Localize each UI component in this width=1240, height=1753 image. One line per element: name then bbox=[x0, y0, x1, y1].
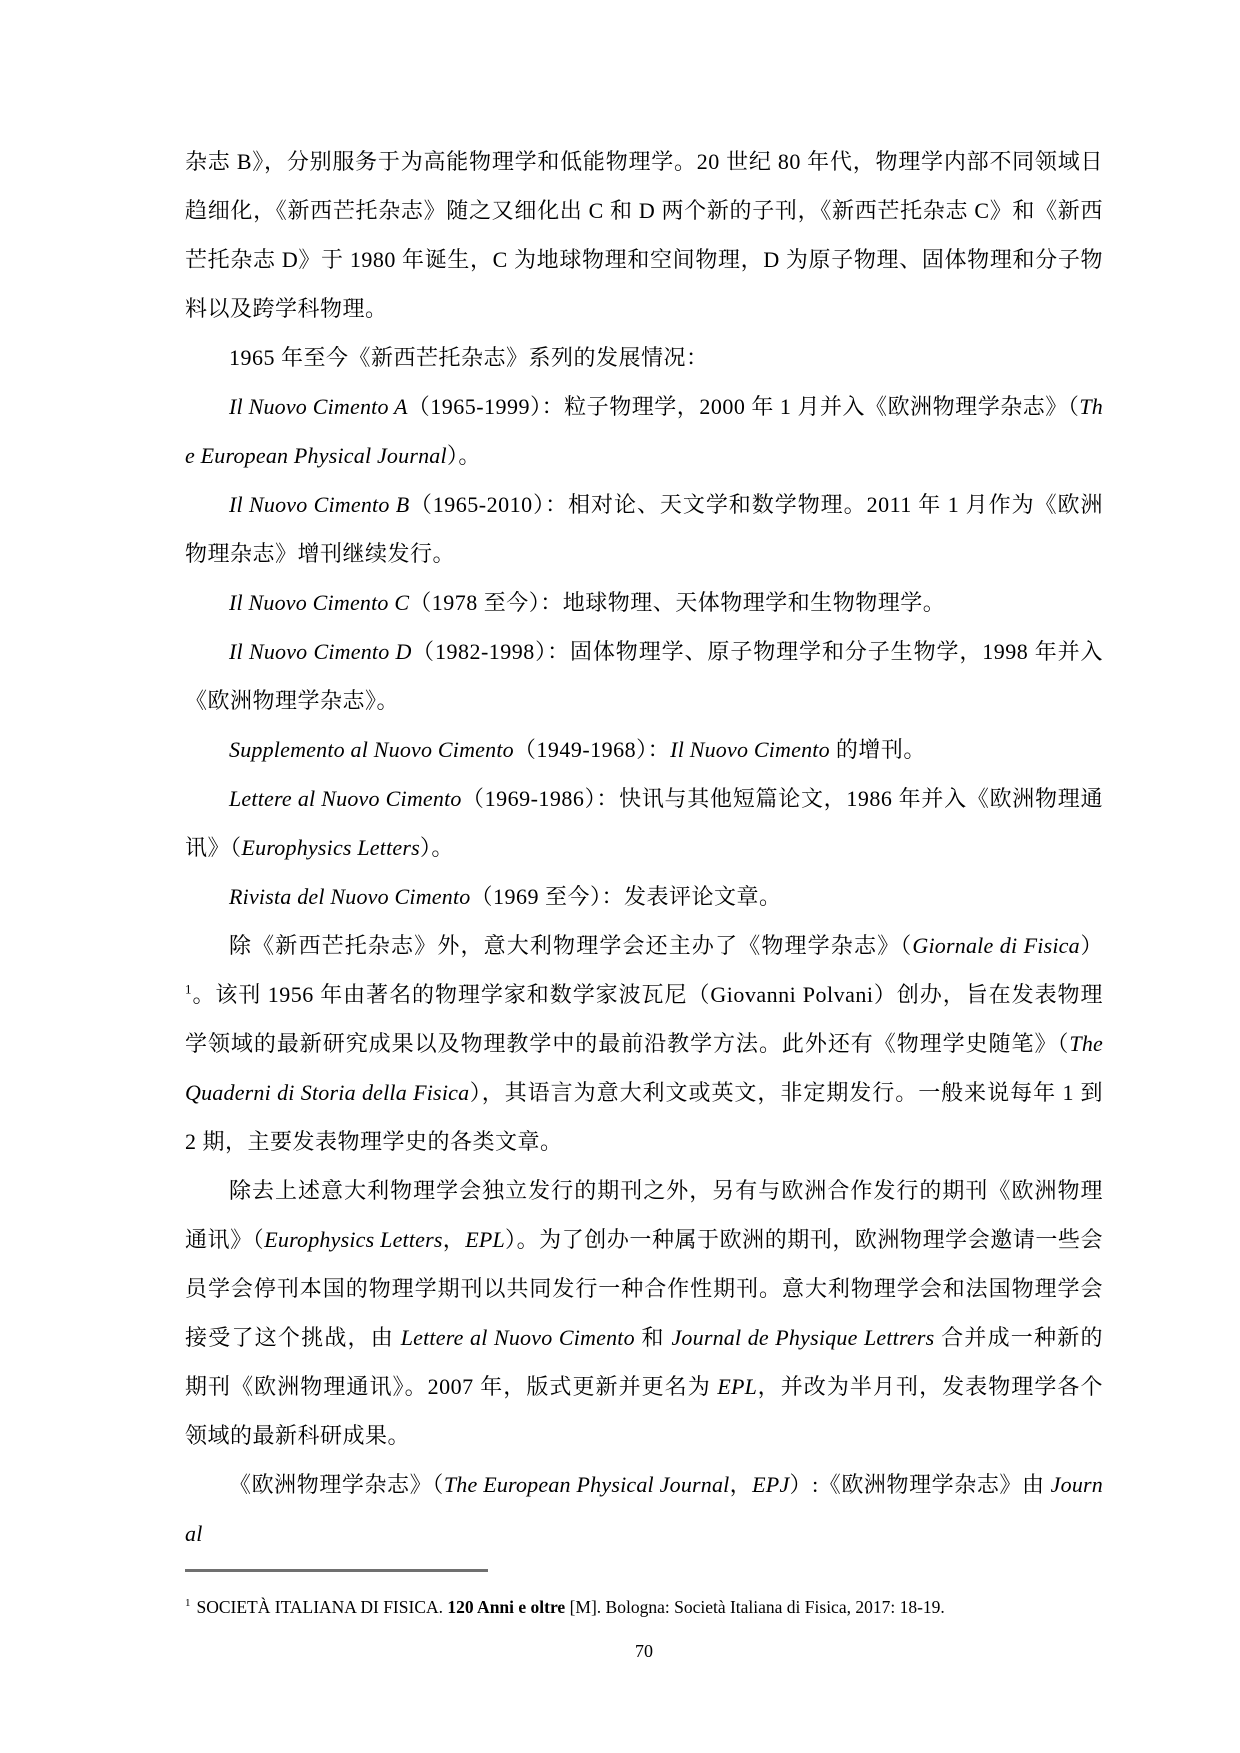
paragraph-cimento-c: Il Nuovo Cimento C（1978 至今）：地球物理、天体物理学和生… bbox=[185, 578, 1103, 627]
text-run: Europhysics Letters bbox=[264, 1227, 442, 1252]
text-run: Journal de Physique Lettrers bbox=[671, 1325, 934, 1350]
text-run: 120 Anni e oltre bbox=[447, 1597, 565, 1617]
paragraph-continuation: 杂志 B》，分别服务于为高能物理学和低能物理学。20 世纪 80 年代，物理学内… bbox=[185, 137, 1103, 333]
text-run: Il Nuovo Cimento D bbox=[229, 639, 412, 664]
text-run: ， bbox=[730, 1472, 753, 1497]
text-run: Lettere al Nuovo Cimento bbox=[401, 1325, 635, 1350]
paragraph-giornale: 除《新西芒托杂志》外，意大利物理学会还主办了《物理学杂志》（Giornale d… bbox=[185, 921, 1103, 1166]
text-run: ）。 bbox=[447, 443, 481, 468]
text-run: （1969 至今）：发表评论文章。 bbox=[470, 884, 781, 909]
text-run: Lettere al Nuovo Cimento bbox=[229, 786, 462, 811]
paragraph-cimento-b: Il Nuovo Cimento B（1965-2010）：相对论、天文学和数学… bbox=[185, 480, 1103, 578]
text-run: Supplemento al Nuovo Cimento bbox=[229, 737, 514, 762]
paragraph-cimento-a: Il Nuovo Cimento A（1965-1999）：粒子物理学，2000… bbox=[185, 382, 1103, 480]
document-page: 杂志 B》，分别服务于为高能物理学和低能物理学。20 世纪 80 年代，物理学内… bbox=[0, 0, 1240, 1753]
text-run: SOCIETÀ ITALIANA DI FISICA. bbox=[197, 1597, 448, 1617]
footnote-separator bbox=[185, 1569, 488, 1572]
text-run: Giornale di Fisica bbox=[912, 933, 1079, 958]
text-run: EPL bbox=[465, 1227, 505, 1252]
paragraph-lettere: Lettere al Nuovo Cimento（1969-1986）：快讯与其… bbox=[185, 774, 1103, 872]
text-run: Il Nuovo Cimento bbox=[670, 737, 830, 762]
text-run: Rivista del Nuovo Cimento bbox=[229, 884, 470, 909]
footnote-text: SOCIETÀ ITALIANA DI FISICA. 120 Anni e o… bbox=[197, 1597, 945, 1617]
text-run: ）:《欧洲物理学杂志》由 bbox=[789, 1472, 1050, 1497]
document-body: 杂志 B》，分别服务于为高能物理学和低能物理学。20 世纪 80 年代，物理学内… bbox=[185, 137, 1103, 1558]
text-run: Europhysics Letters bbox=[242, 835, 420, 860]
text-run: （1949-1968）： bbox=[514, 737, 670, 762]
footnote-reference: 1 bbox=[185, 982, 192, 997]
footnote-marker: 1 bbox=[185, 1597, 191, 1609]
text-run: EPL bbox=[717, 1374, 757, 1399]
paragraph-series-intro: 1965 年至今《新西芒托杂志》系列的发展情况： bbox=[185, 333, 1103, 382]
text-run: [M]. Bologna: Società Italiana di Fisica… bbox=[565, 1597, 945, 1617]
paragraph-supplemento: Supplemento al Nuovo Cimento（1949-1968）：… bbox=[185, 725, 1103, 774]
text-run: Il Nuovo Cimento B bbox=[229, 492, 409, 517]
text-run: 。该刊 1956 年由著名的物理学家和数学家波瓦尼（Giovanni Polva… bbox=[185, 982, 1103, 1056]
text-run: ， bbox=[443, 1227, 466, 1252]
text-run: ） bbox=[1080, 933, 1103, 958]
text-run: ）。 bbox=[420, 835, 454, 860]
paragraph-epl: 除去上述意大利物理学会独立发行的期刊之外，另有与欧洲合作发行的期刊《欧洲物理通讯… bbox=[185, 1166, 1103, 1460]
text-run: 《欧洲物理学杂志》（ bbox=[229, 1472, 444, 1497]
text-run: 1965 年至今《新西芒托杂志》系列的发展情况： bbox=[229, 345, 709, 370]
text-run: The European Physical Journal bbox=[444, 1472, 730, 1497]
text-run: （1965-1999）：粒子物理学，2000 年 1 月并入《欧洲物理学杂志》（ bbox=[408, 394, 1080, 419]
text-run: 的增刊。 bbox=[830, 737, 926, 762]
paragraph-rivista: Rivista del Nuovo Cimento（1969 至今）：发表评论文… bbox=[185, 872, 1103, 921]
page-number: 70 bbox=[185, 1638, 1103, 1664]
paragraph-epj: 《欧洲物理学杂志》（The European Physical Journal，… bbox=[185, 1460, 1103, 1558]
paragraph-cimento-d: Il Nuovo Cimento D（1982-1998）：固体物理学、原子物理… bbox=[185, 627, 1103, 725]
text-run: EPJ bbox=[752, 1472, 789, 1497]
text-run: Il Nuovo Cimento C bbox=[229, 590, 409, 615]
text-run: 除《新西芒托杂志》外，意大利物理学会还主办了《物理学杂志》（ bbox=[229, 933, 912, 958]
text-run: （1978 至今）：地球物理、天体物理学和生物物理学。 bbox=[409, 590, 945, 615]
text-run: Il Nuovo Cimento A bbox=[229, 394, 408, 419]
text-run: 杂志 B》，分别服务于为高能物理学和低能物理学。20 世纪 80 年代，物理学内… bbox=[185, 149, 1103, 321]
footnote: 1SOCIETÀ ITALIANA DI FISICA. 120 Anni e … bbox=[185, 1594, 1120, 1620]
text-run: 和 bbox=[635, 1325, 672, 1350]
